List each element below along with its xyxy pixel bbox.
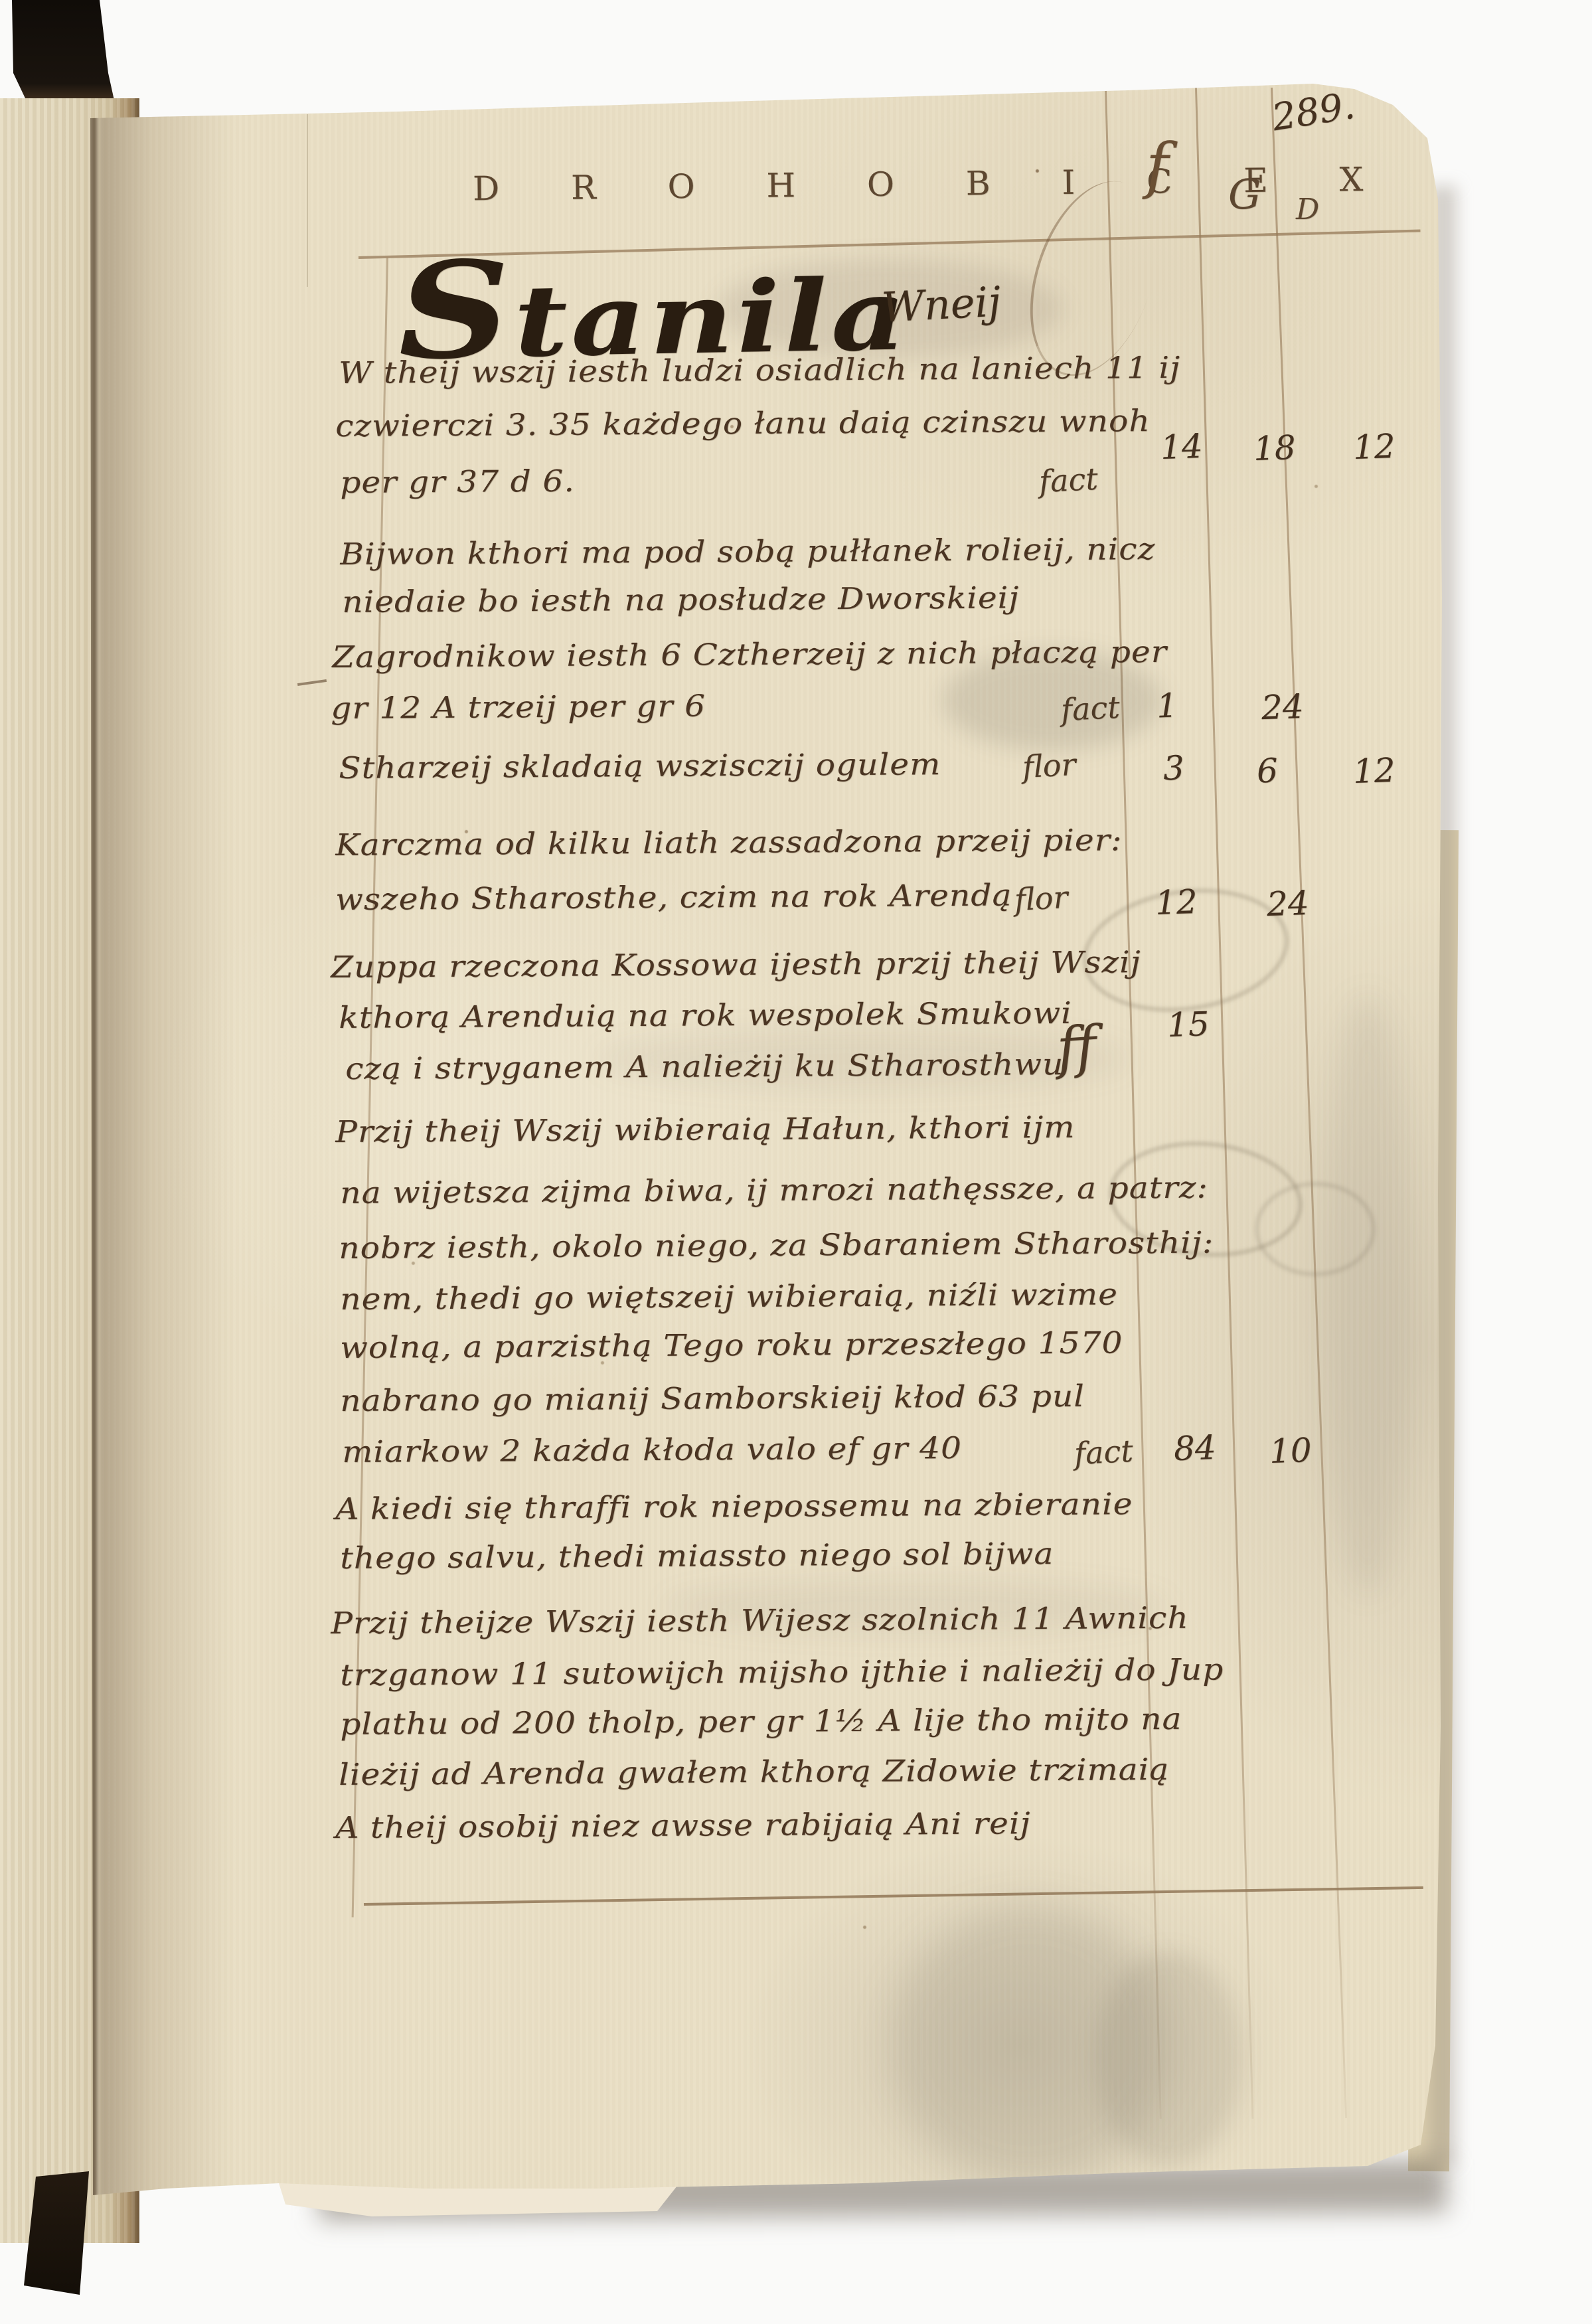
amount-florins: 3 bbox=[1162, 748, 1185, 788]
entry-label: fact bbox=[1060, 689, 1121, 728]
bleedthrough-stain bbox=[1321, 996, 1414, 1594]
amount-denarii: 12 bbox=[1352, 427, 1396, 467]
entry-line: Przij theij Wszij wibieraią Hałun, kthor… bbox=[335, 1110, 1075, 1149]
entry-line: na wijetsza zijma biwa, ij mrozi nathęss… bbox=[340, 1170, 1208, 1210]
amount-grossi: 18 bbox=[1253, 428, 1297, 468]
entry-line: czwierczi 3. 35 każdego łanu daią czinsz… bbox=[335, 403, 1151, 444]
entry-line: plathu od 200 tholp, per gr 1½ A lije th… bbox=[340, 1701, 1182, 1742]
entry-line: A theij osobij niez awsse rabijaią Ani r… bbox=[335, 1805, 1031, 1845]
entry-line: W theij wszij iesth ludzi osiadlich na l… bbox=[339, 350, 1180, 390]
amount-grossi: 6 bbox=[1256, 751, 1279, 790]
entry-line: Zagrodnikow iesth 6 Cztherzeij z nich pł… bbox=[332, 634, 1167, 675]
foxing-specks bbox=[0, 0, 3, 3]
amount-florins: 15 bbox=[1166, 1005, 1210, 1044]
amount-florins: 1 bbox=[1156, 686, 1178, 725]
entry-line: Bijwon kthori ma pod sobą pułłanek rolie… bbox=[340, 531, 1155, 572]
column-header-florins: f bbox=[1146, 130, 1168, 201]
entry-line: Zuppa rzeczona Kossowa ijesth przij thei… bbox=[331, 944, 1141, 985]
entry-line: thego salvu, thedi miassto niego sol bij… bbox=[340, 1536, 1054, 1576]
entry-line: nem, thedi go więtszeij wibieraią, niźli… bbox=[340, 1276, 1118, 1317]
entry-line: per gr 37 d 6. bbox=[340, 463, 575, 500]
gutter-shading bbox=[90, 100, 236, 2198]
scanned-page: V 289. D R O H O B I C E X f G D Stanila… bbox=[0, 0, 1592, 2324]
bleedthrough-stain bbox=[1095, 1952, 1241, 2165]
entry-line: Stharzeij skladaią wszisczij ogulem bbox=[339, 746, 941, 786]
entry-line: miarkow 2 każda kłoda valo ef gr 40 bbox=[342, 1430, 962, 1469]
smudge-ring bbox=[1255, 1182, 1376, 1276]
entry-line: czą i stryganem A nalieżij ku Stharosthw… bbox=[345, 1046, 1064, 1086]
column-header-grossi: G bbox=[1228, 170, 1261, 218]
amount-florins: 14 bbox=[1160, 427, 1204, 467]
entry-line: kthorą Arenduią na rok wespolek Smukowi bbox=[339, 995, 1072, 1035]
entry-label: ff bbox=[1055, 1013, 1099, 1081]
amount-grossi: 10 bbox=[1269, 1431, 1313, 1471]
manuscript-page: V 289. D R O H O B I C E X f G D Stanila… bbox=[0, 0, 1592, 2324]
entry-label: fact bbox=[1074, 1433, 1134, 1472]
amount-grossi: 24 bbox=[1261, 687, 1305, 727]
entry-line: lieżij ad Arenda gwałem kthorą Zidowie t… bbox=[339, 1752, 1170, 1792]
title-annotation: Wneij bbox=[880, 277, 1002, 331]
entry-line: gr 12 A trzeij per gr 6 bbox=[331, 688, 706, 726]
entry-line: A kiedi się thraffi rok niepossemu na zb… bbox=[335, 1486, 1133, 1527]
amount-denarii: 12 bbox=[1352, 751, 1396, 791]
entry-line: trzganow 11 sutowijch mijsho ijthie i na… bbox=[340, 1651, 1224, 1693]
entry-line: Karczma od kilku liath zassadzona przeij… bbox=[335, 822, 1123, 863]
amount-florins: 84 bbox=[1173, 1428, 1217, 1468]
amount-florins: 12 bbox=[1154, 882, 1198, 922]
entry-line: nabrano go mianij Samborskieij kłod 63 p… bbox=[340, 1378, 1085, 1418]
entry-line: wszeho Stharosthe, czim na rok Arendą bbox=[335, 877, 1012, 917]
entry-label: fact bbox=[1038, 461, 1099, 500]
entry-line: nobrz iesth, okolo niego, za Sbaraniem S… bbox=[339, 1224, 1214, 1266]
entry-line: niedaie bo iesth na posłudze Dworskieij bbox=[342, 580, 1020, 620]
entry-line: Przij theijze Wszij iesth Wijesz szolnic… bbox=[331, 1600, 1189, 1641]
column-header-denarii: D bbox=[1296, 193, 1319, 226]
entry-label: flor bbox=[1014, 879, 1069, 918]
entry-line: wolną, a parzisthą Tego roku przeszłego … bbox=[340, 1325, 1123, 1365]
amount-grossi: 24 bbox=[1266, 884, 1310, 924]
entry-label: flor bbox=[1022, 746, 1077, 785]
